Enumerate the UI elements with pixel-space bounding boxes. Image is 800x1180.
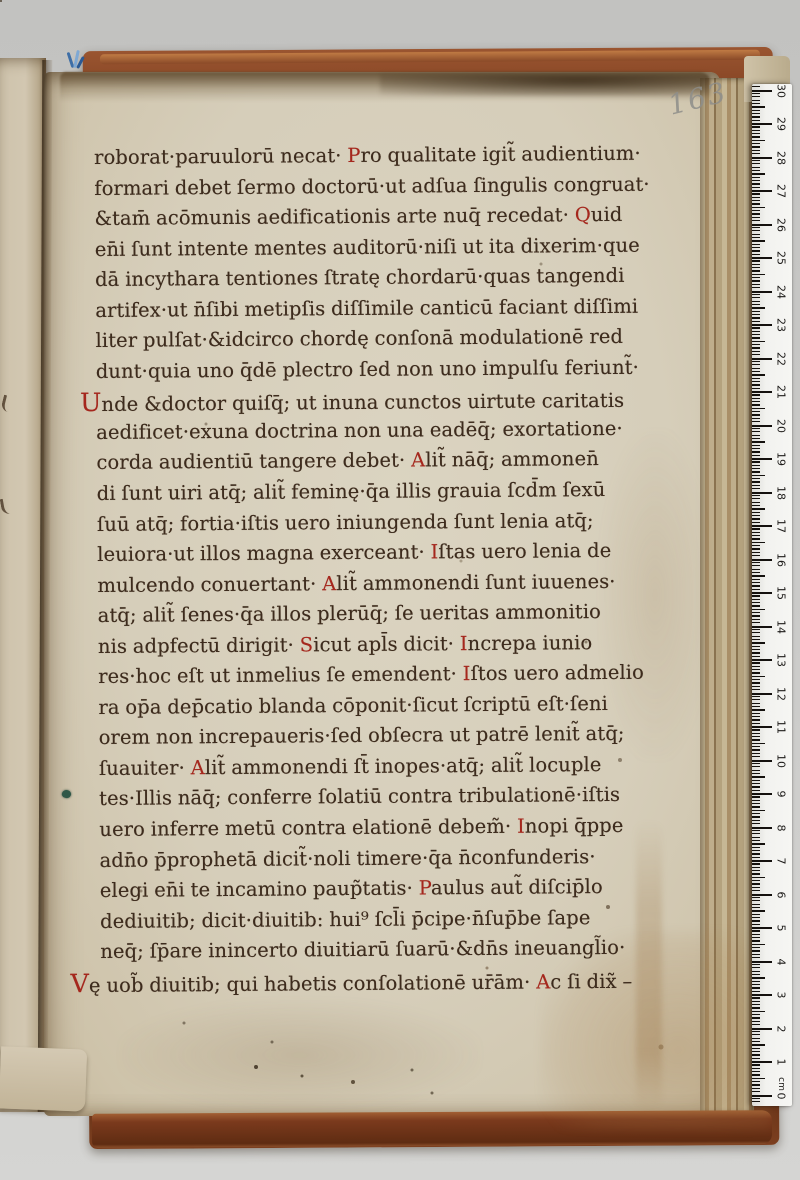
ruler-tick (752, 994, 772, 996)
ruler-tick (752, 307, 765, 309)
ruler-tick (752, 716, 760, 717)
ruler-tick (752, 213, 760, 214)
ruler-tick (752, 917, 760, 918)
ruler-tick (752, 304, 760, 305)
ruler-tick (752, 428, 760, 429)
ruler-tick (752, 210, 760, 211)
ruler-tick (752, 1014, 760, 1015)
rubric-letter: V (70, 968, 89, 998)
ruler-tick (752, 408, 765, 410)
ruler-tick (752, 153, 760, 154)
text-run: ſtos uero admelio (470, 661, 644, 685)
ruler-tick (752, 103, 760, 104)
ruler-tick (752, 471, 760, 472)
ruler-tick (752, 723, 760, 724)
ruler-tick (752, 1078, 765, 1080)
ruler-tick (752, 1004, 760, 1005)
ruler-tick (752, 840, 760, 841)
ruler-tick (752, 592, 772, 594)
ruler-tick (752, 746, 760, 747)
ruler-tick (752, 579, 760, 580)
text-run: ſtas uero lenia de (438, 539, 611, 563)
ruler-tick (752, 813, 760, 814)
ruler-tick (752, 100, 760, 101)
ruler-number: 2 (773, 1020, 789, 1037)
manuscript-line: roborat·paruulorū necat· Pro qualitate i… (94, 141, 674, 176)
text-run: c ſi dix̃ – (550, 970, 632, 994)
rubric-letter: A (536, 970, 550, 993)
ruler-tick (752, 294, 760, 295)
text-run: artifex·ut n̄ſibi metipſis diſſimile can… (95, 294, 638, 321)
ruler-tick (752, 820, 760, 821)
ruler-tick (752, 418, 760, 419)
ruler-tick (752, 850, 760, 851)
ruler-number: 28 (773, 149, 789, 166)
ruler-tick (752, 753, 760, 754)
ruler-tick (752, 585, 760, 586)
ruler-tick (752, 766, 760, 767)
ruler-tick (752, 522, 760, 523)
ruler-tick (752, 609, 765, 611)
ruler-tick (752, 110, 760, 111)
ruler-tick (752, 381, 760, 382)
text-run: neq̄; ſp̄are inincerto diuitiarū ſuarū·&… (100, 936, 625, 963)
manuscript-line: formari debet ſermo doctorū·ut adſua ſin… (94, 172, 674, 207)
ruler-tick (752, 525, 772, 527)
ruler-tick (752, 749, 760, 750)
manuscript-line: di ſunt uiri atq̄; alit̃ feminę·q̄a illi… (97, 477, 677, 512)
ruler-tick (752, 823, 760, 824)
text-run: dā incythara tentiones ſtratę chordarū·q… (95, 264, 625, 291)
ruler-tick (752, 595, 760, 596)
ruler-tick (752, 468, 760, 469)
ruler-tick (752, 642, 765, 644)
ruler-tick (752, 1038, 760, 1039)
ruler-tick (752, 441, 765, 443)
ruler-tick (752, 391, 772, 393)
ruler-tick (752, 780, 760, 781)
ruler-tick (752, 220, 760, 221)
ruler-tick (752, 481, 760, 482)
rubric-letter: P (347, 144, 360, 167)
ruler-tick (752, 287, 760, 288)
ruler-tick (752, 324, 772, 326)
ruler-tick (752, 636, 760, 637)
ruler-tick (752, 1088, 760, 1089)
ruler-tick (752, 699, 760, 700)
ruler-tick (752, 545, 760, 546)
ruler-tick (752, 733, 760, 734)
ruler-tick (752, 378, 760, 379)
ruler-number: 14 (773, 618, 789, 635)
text-run: res·hoc eſt ut inmelius ſe emendent· (98, 662, 463, 688)
ruler-tick (752, 448, 760, 449)
ruler-tick (752, 230, 760, 231)
ruler-tick (752, 1001, 760, 1002)
ruler-tick (752, 1081, 760, 1082)
ruler-tick (752, 113, 760, 114)
ruler-tick (752, 371, 760, 372)
manuscript-line: res·hoc eſt ut inmelius ſe emendent· Iſt… (98, 661, 678, 696)
ruler-tick (752, 518, 760, 519)
ruler-number: 9 (773, 786, 789, 803)
ruler-tick (752, 914, 760, 915)
ruler-tick (752, 200, 760, 201)
text-run: ra op̄a dep̄catio blanda cōponit·ſicut ſ… (98, 692, 608, 719)
ruler-tick (752, 890, 760, 891)
ruler-tick (752, 190, 772, 192)
text-run: uero inferre metū contra elationē debem̃… (99, 815, 517, 841)
ruler-tick (752, 786, 760, 787)
ruler-tick (752, 478, 760, 479)
ruler-tick (752, 559, 772, 561)
ruler-tick (752, 783, 760, 784)
ruler-tick (752, 756, 760, 757)
ruler-tick (752, 284, 760, 285)
ruler-tick (752, 254, 760, 255)
ruler-tick (752, 488, 760, 489)
ruler-tick (752, 461, 760, 462)
manuscript-line: dediuitib; dicit·diuitib: hui⁹ ſcl̄i p̄c… (100, 905, 680, 940)
ruler-tick (752, 739, 760, 740)
ruler-tick (752, 853, 760, 854)
facing-page-corner (0, 1046, 87, 1111)
ruler-tick (752, 374, 765, 376)
ruler-tick (752, 277, 760, 278)
ruler-tick (752, 1054, 760, 1055)
rubric-letter: A (411, 449, 425, 472)
ruler-tick (752, 971, 760, 972)
ruler-tick (752, 776, 765, 778)
text-run: leuiora·ut illos magna exerceant· (97, 540, 431, 566)
ruler-tick (752, 981, 760, 982)
ruler-tick (752, 361, 760, 362)
ruler-tick (752, 160, 760, 161)
ruler-tick (752, 726, 772, 728)
ruler-number: 3 (773, 987, 789, 1004)
text-run: uid (591, 203, 623, 226)
ruler-tick (752, 90, 772, 92)
manuscript-line: ſuauiter· Alit̃ ammonendi ſt̄ inopes·atq… (99, 752, 679, 787)
ruler-tick (752, 837, 760, 838)
ruler-tick (752, 599, 760, 600)
ruler-tick (752, 709, 765, 711)
ruler-tick (752, 425, 772, 427)
ruler-tick (752, 669, 760, 670)
ruler-tick (752, 224, 772, 226)
text-run: lit̃ ammonendi ſt̄ inopes·atq̄; alit̃ lo… (205, 753, 602, 779)
ruler-tick (752, 770, 760, 771)
ruler-tick (752, 123, 772, 125)
ruler-tick (752, 133, 760, 134)
ruler-tick (752, 515, 760, 516)
manuscript-line: en̄i ſunt intente mentes auditorū·niſi u… (95, 233, 675, 268)
ruler-tick (752, 666, 760, 667)
ruler-tick (752, 894, 772, 896)
ruler-number: 8 (773, 819, 789, 836)
ruler-tick (752, 334, 760, 335)
text-run: aedificet·exuna doctrina non una eadēq̄;… (96, 417, 623, 444)
ruler-tick (752, 790, 760, 791)
ruler-number: 26 (773, 216, 789, 233)
rubric-letter: A (322, 572, 336, 595)
ruler-tick (752, 337, 760, 338)
ruler-tick (752, 227, 760, 228)
text-run: nopi q̄ppe (525, 814, 624, 838)
ruler-number: 20 (773, 417, 789, 434)
manuscript-line: tes·Illis nāq̄; conferre ſolatiū contra … (99, 783, 679, 818)
ruler-tick (752, 689, 760, 690)
ruler-tick (752, 314, 760, 315)
ruler-number: 29 (773, 116, 789, 133)
ruler-number: 23 (773, 317, 789, 334)
ruler-tick (752, 485, 760, 486)
ruler-tick (752, 847, 760, 848)
rubric-letter: I (460, 632, 468, 655)
ruler-tick (752, 1028, 772, 1030)
text-run: nis adpfectū dirigit· (98, 633, 300, 658)
ruler-tick (752, 291, 772, 293)
ruler-tick (752, 455, 760, 456)
text-run: liter pulſat·&idcirco chordę conſonā mod… (95, 325, 623, 352)
ruler-tick (752, 1068, 760, 1069)
manuscript-line: uero inferre metū contra elationē debem̃… (99, 813, 679, 848)
ruler-tick (752, 907, 760, 908)
ruler-tick (752, 954, 760, 955)
ruler-tick (752, 1084, 760, 1085)
ruler-tick (752, 940, 760, 941)
ruler-tick (752, 729, 760, 730)
ruler-tick (752, 237, 760, 238)
ruler-tick (752, 197, 760, 198)
ruler-tick (752, 827, 772, 829)
ruler-tick (752, 773, 760, 774)
ruler-tick (752, 887, 760, 888)
ruler-tick (752, 180, 760, 181)
ruler-tick (752, 873, 760, 874)
ruler-tick (752, 528, 760, 529)
ruler-tick (752, 177, 760, 178)
ruler-tick (752, 867, 760, 868)
manuscript-line: neq̄; ſp̄are inincerto diuitiarū ſuarū·&… (100, 936, 680, 971)
ruler-tick (752, 247, 760, 248)
text-run: ſuauiter· (99, 756, 191, 780)
ruler-tick (752, 347, 760, 348)
ruler-tick (752, 910, 765, 912)
ruler-tick (752, 937, 760, 938)
ruler-tick (752, 535, 760, 536)
ruler-tick (752, 331, 760, 332)
ruler-tick (752, 605, 760, 606)
ruler-number: 6 (773, 886, 789, 903)
manuscript-line: Unde &doctor quiſq̄; ut inuna cunctos ui… (80, 386, 676, 421)
ruler-tick (752, 763, 760, 764)
manuscript-line: adn̄o p̄prophetā dicit̃·noli timere·q̄a … (100, 844, 680, 879)
ruler-tick (752, 572, 760, 573)
ruler-tick (752, 445, 760, 446)
ruler-tick (752, 719, 760, 720)
ruler-tick (752, 498, 760, 499)
manuscript-line: Vę uob̃ diuitib; qui habetis conſolation… (70, 966, 680, 1001)
ruler-tick (752, 140, 765, 142)
ruler-tick (752, 984, 760, 985)
ruler-tick (752, 260, 760, 261)
ruler-tick (752, 629, 760, 630)
ruler-tick (752, 860, 772, 862)
ruler-tick (752, 548, 760, 549)
text-run: elegi en̄i te incamino paup̃tatis· (100, 877, 419, 903)
ruler-tick (752, 126, 760, 127)
manuscript-line: orem non increpaueris·ſed obſecra ut pat… (99, 722, 679, 757)
ruler-tick (752, 1011, 765, 1013)
text-run: dediuitib; dicit·diuitib: hui⁹ ſcl̄i p̄c… (100, 906, 591, 933)
ruler-tick (752, 1017, 760, 1018)
manuscript-line: ſuū atq̄; fortia·iſtis uero iniungenda ſ… (97, 508, 677, 543)
ruler-tick (752, 502, 760, 503)
ruler-tick (752, 793, 772, 795)
ruler-tick (752, 1074, 760, 1075)
text-run: ncrepa iunio (468, 631, 593, 655)
ruler-tick (752, 575, 765, 577)
manuscript-line: dunt·quia uno q̄dē plectro ſed non uno i… (96, 355, 676, 390)
ruler-tick (752, 816, 760, 817)
ruler-tick (752, 920, 760, 921)
text-run: adn̄o p̄prophetā dicit̃·noli timere·q̄a … (100, 845, 596, 872)
ruler-tick (752, 86, 760, 87)
ruler-number: 10 (773, 752, 789, 769)
ruler-tick (752, 542, 765, 544)
ruler-tick (752, 810, 765, 812)
ruler-tick (752, 411, 760, 412)
ruler-tick (752, 143, 760, 144)
ruler-tick (752, 659, 772, 661)
ruler-tick (752, 676, 765, 678)
ruler-tick (752, 924, 760, 925)
ruler-tick (752, 562, 760, 563)
ruler-tick (752, 167, 760, 168)
ruler-tick (752, 830, 760, 831)
text-run: aulus aut̃ diſcip̄lo (431, 875, 603, 899)
ruler-tick (752, 244, 760, 245)
ruler-tick (752, 341, 765, 343)
ruler-tick (752, 646, 760, 647)
ruler-tick (752, 421, 760, 422)
ruler-tick (752, 451, 760, 452)
ruler-tick (752, 170, 760, 171)
manuscript-line: corda audientiū tangere debet· Alit̃ nāq… (96, 447, 676, 482)
rubric-letter: U (80, 387, 102, 417)
ruler-tick (752, 904, 760, 905)
ruler-tick (752, 639, 760, 640)
text-run: tes·Illis nāq̄; conferre ſolatiū contra … (99, 783, 620, 810)
ruler-tick (752, 136, 760, 137)
ruler-tick (752, 696, 760, 697)
ruler-tick (752, 555, 760, 556)
ruler-tick (752, 183, 760, 184)
ruler-tick (752, 311, 760, 312)
ruler-tick (752, 934, 760, 935)
text-run: mulcendo conuertant· (97, 572, 322, 597)
ruler-tick (752, 1101, 760, 1102)
ruler-tick (752, 706, 760, 707)
ruler-tick (752, 682, 760, 683)
ruler-tick (752, 475, 765, 477)
ruler-tick (752, 394, 760, 395)
ruler-tick (752, 435, 760, 436)
text-run: en̄i ſunt intente mentes auditorū·niſi u… (95, 233, 640, 260)
text-run: ę uob̃ diuitib; qui habetis conſolationē… (89, 970, 536, 997)
ruler-tick (752, 582, 760, 583)
ruler-tick (752, 1061, 772, 1063)
ruler-tick (752, 1031, 760, 1032)
ruler-tick (752, 358, 772, 360)
measuring-ruler: 0123456789101112131415161718192021222324… (752, 84, 792, 1106)
ruler-tick (752, 870, 760, 871)
ruler-tick (752, 930, 760, 931)
ruler-tick (752, 505, 760, 506)
ruler-tick (752, 796, 760, 797)
text-run: di ſunt uiri atq̄; alit̃ feminę·q̄a illi… (97, 478, 606, 505)
ruler-tick (752, 116, 760, 117)
ruler-number: 11 (773, 719, 789, 736)
ruler-tick (752, 120, 760, 121)
ruler-tick (752, 961, 772, 963)
ruler-tick (752, 977, 765, 979)
ruler-tick (752, 950, 760, 951)
ruler-tick (752, 157, 772, 159)
ruler-tick (752, 384, 760, 385)
text-run: dunt·quia uno q̄dē plectro ſed non uno i… (96, 356, 639, 383)
ruler-tick (752, 257, 772, 259)
ruler-tick (752, 388, 760, 389)
ruler-tick (752, 465, 760, 466)
ruler-unit-label: cm (775, 1076, 787, 1092)
ruler-tick (752, 354, 760, 355)
text-run: ro qualitate igit̃ audientium· (360, 142, 640, 167)
ruler-tick (752, 344, 760, 345)
ruler-tick (752, 458, 772, 460)
ruler-tick (752, 398, 760, 399)
manuscript-line: &tam̄ acōmunis aedificationis arte nuq̄ … (94, 203, 674, 238)
ruler-tick (752, 130, 760, 131)
ruler-tick (752, 404, 760, 405)
rubric-letter: P (419, 877, 432, 900)
ruler-tick (752, 492, 772, 494)
text-run: atq̄; alit̃ ſenes·q̄a illos plerūq̄; ſe … (98, 600, 601, 627)
ruler-tick (752, 1051, 760, 1052)
ruler-tick (752, 1034, 760, 1035)
ruler-number: 27 (773, 183, 789, 200)
ruler-tick (752, 1058, 760, 1059)
ruler-tick (752, 1071, 760, 1072)
ruler-tick (752, 967, 760, 968)
ruler-tick (752, 833, 760, 834)
ruler-tick (752, 1041, 760, 1042)
ruler-tick (752, 1024, 760, 1025)
ruler-tick (752, 760, 772, 762)
ruler-tick (752, 438, 760, 439)
ruler-tick (752, 626, 772, 628)
ruler-tick (752, 187, 760, 188)
ruler-tick (752, 900, 760, 901)
ruler-number: 1 (773, 1054, 789, 1071)
manuscript-line: dā incythara tentiones ſtratę chordarū·q… (95, 264, 675, 299)
ruler-tick (752, 1098, 760, 1099)
manuscript-line: artifex·ut n̄ſibi metipſis diſſimile can… (95, 294, 675, 329)
rubric-letter: Q (575, 203, 591, 226)
ruler-tick (752, 863, 760, 864)
ruler-tick (752, 250, 760, 251)
